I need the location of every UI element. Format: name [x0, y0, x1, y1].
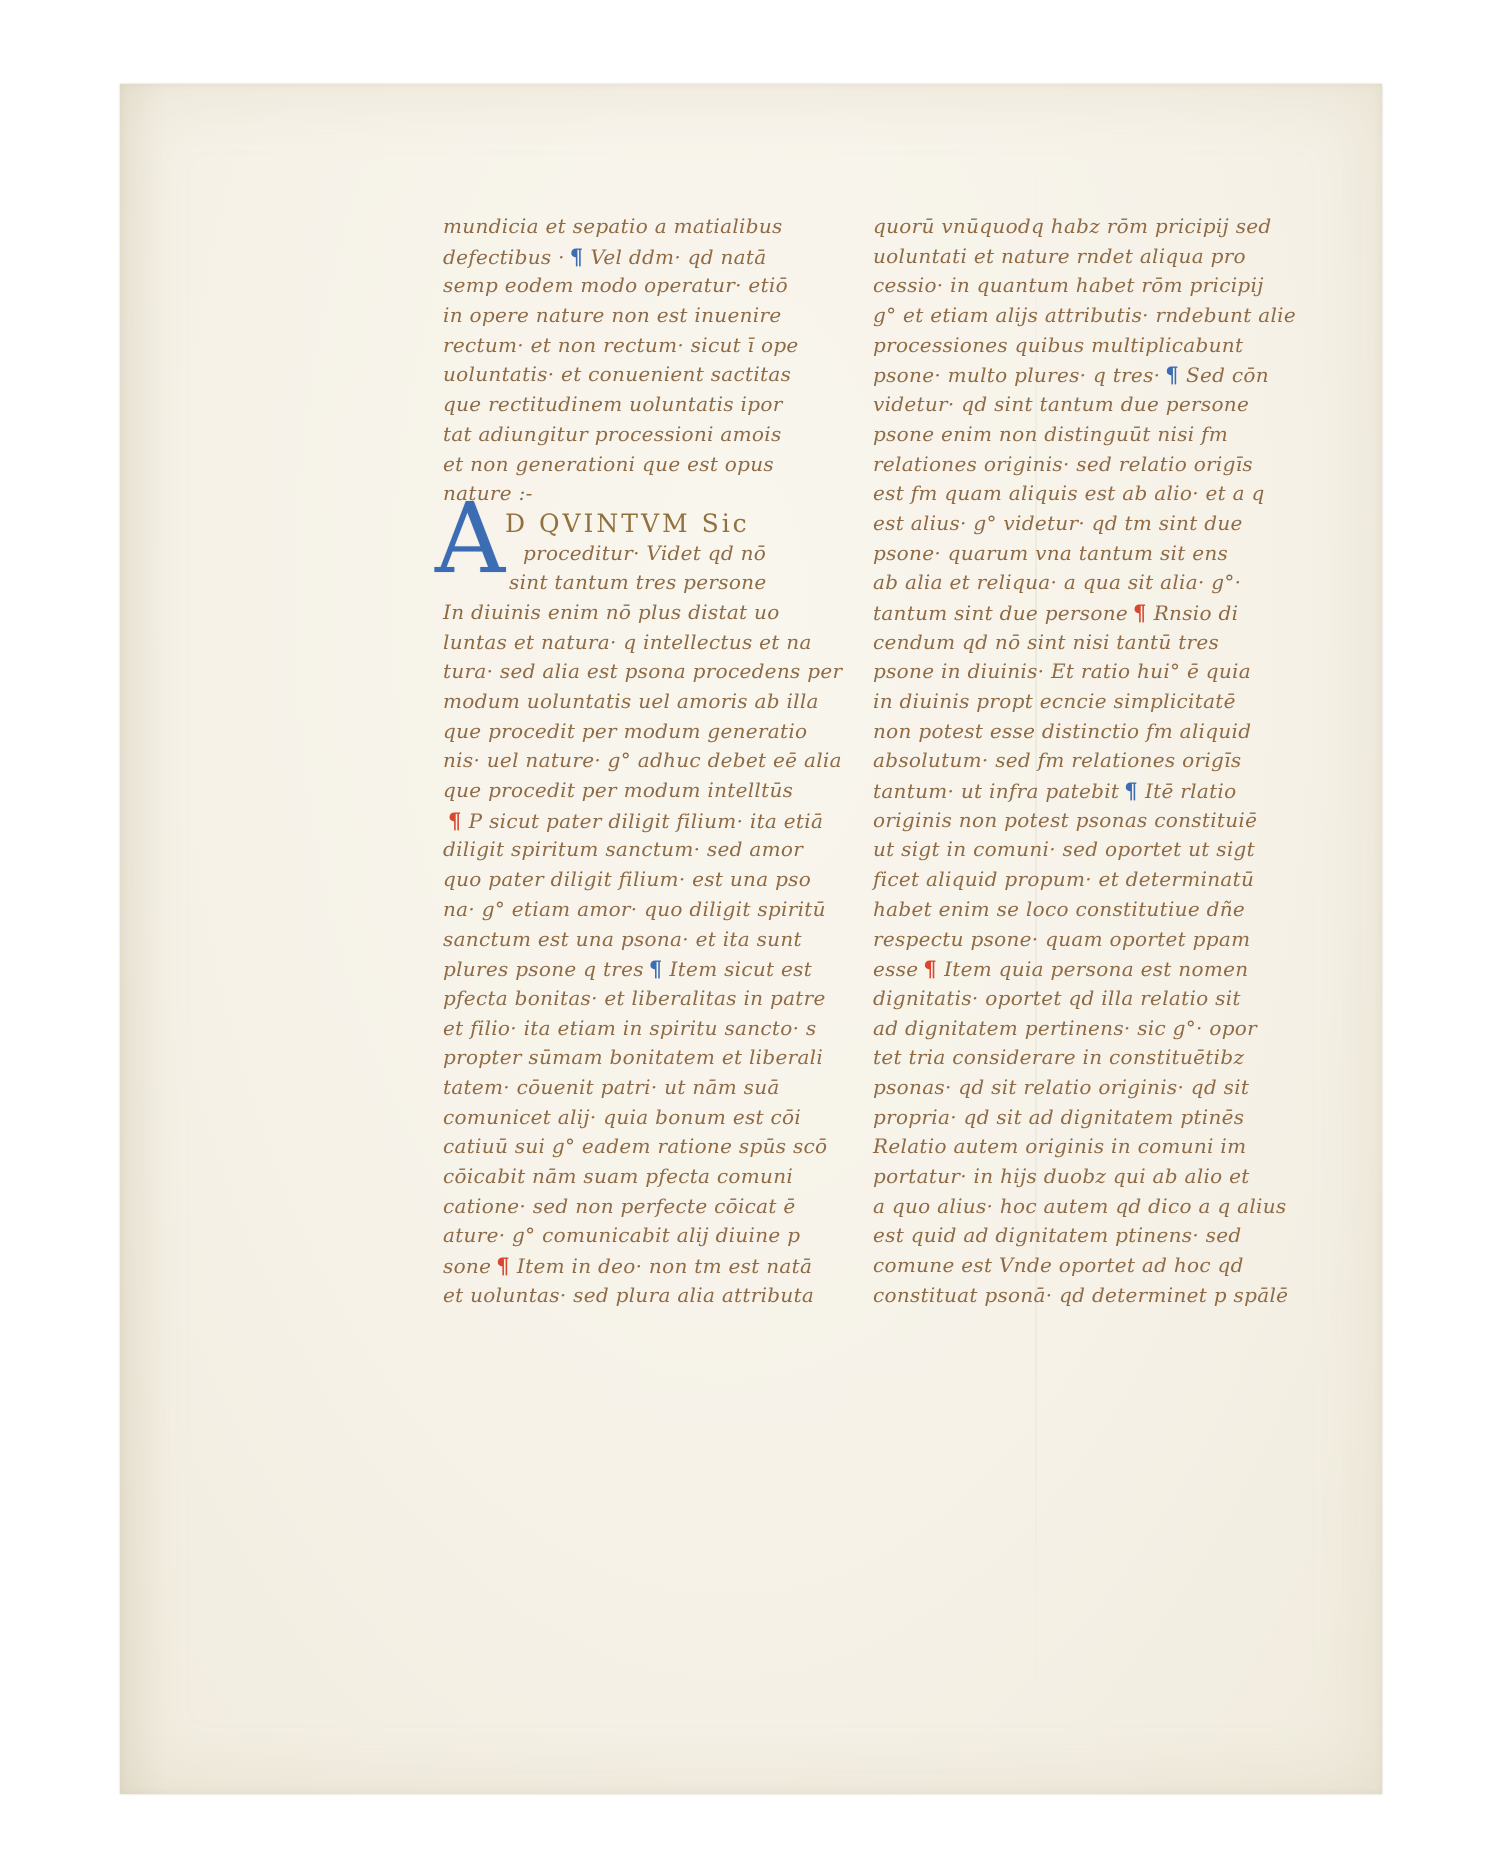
- manuscript-line: sone¶Item in deo· non tm est natā: [443, 1251, 843, 1281]
- page-edge-shading: [120, 84, 166, 1794]
- line-text: videtur· qd sint tantum due persone: [873, 392, 1249, 416]
- line-text: plures psone q tres: [443, 957, 644, 981]
- manuscript-line: dignitatis· oportet qd illa relatio sit: [873, 984, 1281, 1014]
- line-text: propter sūmam bonitatem et liberali: [443, 1045, 823, 1069]
- line-text: quorū vnūquodq habz rōm pricipij sed: [873, 214, 1272, 238]
- manuscript-line: est fm quam aliquis est ab alio· et a q: [873, 479, 1281, 509]
- manuscript-line: que rectitudinem uoluntatis ipor: [443, 390, 843, 420]
- line-text: ab alia et reliqua· a qua sit alia· g°·: [873, 570, 1241, 594]
- manuscript-line: nis· uel nature· g° adhuc debet eē alia: [443, 746, 843, 776]
- line-text: psonas· qd sit relatio originis· qd sit: [873, 1075, 1249, 1099]
- line-text: tantum· ut infra patebit: [873, 779, 1119, 803]
- line-text: P sicut pater diligit filium· ita etiā: [469, 809, 824, 833]
- manuscript-line: plures psone q tres¶Item sicut est: [443, 954, 843, 984]
- manuscript-line: In diuinis enim nō plus distat uo: [443, 598, 843, 628]
- manuscript-line: tantum sint due persone¶Rnsio di: [873, 598, 1281, 628]
- manuscript-line: psone· quarum vna tantum sit ens: [873, 539, 1281, 569]
- line-text: catiuū sui g° eadem ratione spūs scō: [443, 1134, 827, 1158]
- line-text: ad dignitatem pertinens· sic g°· opor: [873, 1016, 1257, 1040]
- line-text: diligit spiritum sanctum· sed amor: [443, 837, 803, 861]
- line-text: Itē rlatio: [1145, 779, 1237, 803]
- manuscript-line: originis non potest psonas constituiē: [873, 806, 1281, 836]
- manuscript-line: absolutum· sed fm relationes origīs: [873, 746, 1281, 776]
- manuscript-line: respectu psone· quam oportet ppam: [873, 925, 1281, 955]
- manuscript-line: ¶P sicut pater diligit filium· ita etiā: [443, 806, 843, 836]
- manuscript-line: modum uoluntatis uel amoris ab illa: [443, 687, 843, 717]
- manuscript-line: que procedit per modum generatio: [443, 717, 843, 747]
- line-text: cōicabit nām suam pfecta comuni: [443, 1164, 793, 1188]
- line-text: tura· sed alia est psona procedens per: [443, 659, 842, 683]
- manuscript-line: pfecta bonitas· et liberalitas in patre: [443, 984, 843, 1014]
- line-text: semp eodem modo operatur· etiō: [443, 273, 788, 297]
- manuscript-line: uoluntati et nature rndet aliqua pro: [873, 242, 1281, 272]
- pilcrow-blue-icon: ¶: [565, 244, 591, 269]
- line-text: In diuinis enim nō plus distat uo: [443, 600, 780, 624]
- manuscript-line: propter sūmam bonitatem et liberali: [443, 1043, 843, 1073]
- line-text: ficet aliquid propum· et determinatū: [873, 867, 1254, 891]
- manuscript-line: quo pater diligit filium· est una pso: [443, 865, 843, 895]
- manuscript-line: et filio· ita etiam in spiritu sancto· s: [443, 1014, 843, 1044]
- manuscript-line: videtur· qd sint tantum due persone: [873, 390, 1281, 420]
- line-text: in opere nature non est inuenire: [443, 303, 781, 327]
- line-text: na· g° etiam amor· quo diligit spiritū: [443, 897, 826, 921]
- manuscript-line: psone· multo plures· q tres·¶Sed cōn: [873, 360, 1281, 390]
- line-text: in diuinis propt ecncie simplicitatē: [873, 689, 1236, 713]
- text-column-left: A mundicia et sepatio a matialibusdefect…: [443, 212, 843, 1314]
- line-text: ature· g° comunicabit alij diuine p: [443, 1223, 800, 1247]
- manuscript-line: cendum qd nō sint nisi tantū tres: [873, 628, 1281, 658]
- line-text: et uoluntas· sed plura alia attributa: [443, 1283, 814, 1307]
- line-text: relationes originis· sed relatio origīs: [873, 452, 1253, 476]
- line-text: que procedit per modum intelltūs: [443, 778, 793, 802]
- manuscript-line: psonas· qd sit relatio originis· qd sit: [873, 1073, 1281, 1103]
- manuscript-line: in diuinis propt ecncie simplicitatē: [873, 687, 1281, 717]
- line-text: Rnsio di: [1154, 601, 1239, 625]
- manuscript-line: ad dignitatem pertinens· sic g°· opor: [873, 1014, 1281, 1044]
- pilcrow-red-icon: ¶: [491, 1253, 517, 1278]
- manuscript-line: a quo alius· hoc autem qd dico a q alius: [873, 1192, 1281, 1222]
- manuscript-line: g° et etiam alijs attributis· rndebunt a…: [873, 301, 1281, 331]
- manuscript-line: tet tria considerare in constituētibz: [873, 1043, 1281, 1073]
- line-text: uoluntatis· et conuenient sactitas: [443, 362, 791, 386]
- manuscript-line: et uoluntas· sed plura alia attributa: [443, 1281, 843, 1311]
- manuscript-line: relationes originis· sed relatio origīs: [873, 450, 1281, 480]
- manuscript-line: psone in diuinis· Et ratio hui° ē quia: [873, 657, 1281, 687]
- line-text: psone· quarum vna tantum sit ens: [873, 541, 1228, 565]
- line-text: est alius· g° videtur· qd tm sint due: [873, 511, 1243, 535]
- manuscript-line: constituat psonā· qd determinet p spālē: [873, 1281, 1281, 1311]
- line-text: Item quia persona est nomen: [944, 957, 1248, 981]
- manuscript-page: A mundicia et sepatio a matialibusdefect…: [120, 84, 1382, 1794]
- manuscript-line: et non generationi que est opus: [443, 450, 843, 480]
- line-text: tat adiungitur processioni amois: [443, 422, 782, 446]
- line-text: comunicet alij· quia bonum est cōi: [443, 1105, 801, 1129]
- line-text: non potest esse distinctio fm aliquid: [873, 719, 1251, 743]
- line-text: Vel ddm· qd natā: [590, 245, 766, 269]
- line-text: processiones quibus multiplicabunt: [873, 333, 1243, 357]
- line-text: esse: [873, 957, 918, 981]
- manuscript-line: catione· sed non perfecte cōicat ē: [443, 1192, 843, 1222]
- manuscript-line: ut sigt in comuni· sed oportet ut sigt: [873, 835, 1281, 865]
- line-text: pfecta bonitas· et liberalitas in patre: [443, 986, 826, 1010]
- manuscript-line: defectibus ·¶Vel ddm· qd natā: [443, 242, 843, 272]
- manuscript-line: luntas et natura· q intellectus et na: [443, 628, 843, 658]
- manuscript-line: comunicet alij· quia bonum est cōi: [443, 1103, 843, 1133]
- line-text: quo pater diligit filium· est una pso: [443, 867, 811, 891]
- line-text: psone in diuinis· Et ratio hui° ē quia: [873, 659, 1251, 683]
- line-text: propria· qd sit ad dignitatem ptinēs: [873, 1105, 1244, 1129]
- manuscript-line: psone enim non distinguūt nisi fm: [873, 420, 1281, 450]
- line-text: que rectitudinem uoluntatis ipor: [443, 392, 783, 416]
- manuscript-line: comune est Vnde oportet ad hoc qd: [873, 1251, 1281, 1281]
- manuscript-line: que procedit per modum intelltūs: [443, 776, 843, 806]
- line-text: est quid ad dignitatem ptinens· sed: [873, 1223, 1241, 1247]
- manuscript-line: sanctum est una psona· et ita sunt: [443, 925, 843, 955]
- manuscript-line: propria· qd sit ad dignitatem ptinēs: [873, 1103, 1281, 1133]
- drop-cap-initial-A: A: [435, 496, 505, 582]
- line-text: modum uoluntatis uel amoris ab illa: [443, 689, 819, 713]
- line-text: Item sicut est: [670, 957, 813, 981]
- manuscript-line: Relatio autem originis in comuni im: [873, 1132, 1281, 1162]
- manuscript-line: mundicia et sepatio a matialibus: [443, 212, 843, 242]
- manuscript-line: ature· g° comunicabit alij diuine p: [443, 1221, 843, 1251]
- pilcrow-red-icon: ¶: [1128, 600, 1154, 625]
- manuscript-line: tantum· ut infra patebit¶Itē rlatio: [873, 776, 1281, 806]
- line-text: que procedit per modum generatio: [443, 719, 807, 743]
- line-text: psone· multo plures· q tres·: [873, 363, 1160, 387]
- text-block: A mundicia et sepatio a matialibusdefect…: [443, 212, 1283, 1322]
- line-text: cessio· in quantum habet rōm pricipij: [873, 273, 1264, 297]
- line-text: nis· uel nature· g° adhuc debet eē alia: [443, 748, 842, 772]
- line-text: psone enim non distinguūt nisi fm: [873, 422, 1228, 446]
- manuscript-line: tat adiungitur processioni amois: [443, 420, 843, 450]
- manuscript-line: ficet aliquid propum· et determinatū: [873, 865, 1281, 895]
- line-text: respectu psone· quam oportet ppam: [873, 927, 1250, 951]
- line-text: absolutum· sed fm relationes origīs: [873, 748, 1241, 772]
- line-text: comune est Vnde oportet ad hoc qd: [873, 1253, 1244, 1277]
- line-text: tantum sint due persone: [873, 601, 1128, 625]
- line-text: uoluntati et nature rndet aliqua pro: [873, 244, 1246, 268]
- line-text: catione· sed non perfecte cōicat ē: [443, 1194, 796, 1218]
- line-text: cendum qd nō sint nisi tantū tres: [873, 630, 1219, 654]
- line-text: et non generationi que est opus: [443, 452, 774, 476]
- line-text: proceditur· Videt qd nō: [523, 541, 766, 565]
- manuscript-line: quorū vnūquodq habz rōm pricipij sed: [873, 212, 1281, 242]
- manuscript-line: semp eodem modo operatur· etiō: [443, 271, 843, 301]
- line-text: constituat psonā· qd determinet p spālē: [873, 1283, 1288, 1307]
- manuscript-line: esse¶Item quia persona est nomen: [873, 954, 1281, 984]
- pilcrow-red-icon: ¶: [918, 956, 944, 981]
- line-text: tet tria considerare in constituētibz: [873, 1045, 1244, 1069]
- line-text: a quo alius· hoc autem qd dico a q alius: [873, 1194, 1286, 1218]
- manuscript-line: rectum· et non rectum· sicut ī ope: [443, 331, 843, 361]
- pilcrow-blue-icon: ¶: [1160, 362, 1186, 387]
- line-text: portatur· in hijs duobz qui ab alio et: [873, 1164, 1250, 1188]
- line-text: est fm quam aliquis est ab alio· et a q: [873, 481, 1265, 505]
- line-text: Sed cōn: [1186, 363, 1269, 387]
- line-text: sint tantum tres persone: [509, 570, 767, 594]
- line-text: D QVINTVM Sic: [505, 509, 750, 538]
- line-text: originis non potest psonas constituiē: [873, 808, 1257, 832]
- line-text: Relatio autem originis in comuni im: [873, 1134, 1246, 1158]
- manuscript-line: habet enim se loco constitutiue dñe: [873, 895, 1281, 925]
- line-text: sone: [443, 1254, 491, 1278]
- line-text: et filio· ita etiam in spiritu sancto· s: [443, 1016, 816, 1040]
- line-text: mundicia et sepatio a matialibus: [443, 214, 783, 238]
- line-text: g° et etiam alijs attributis· rndebunt a…: [873, 303, 1296, 327]
- manuscript-line: ab alia et reliqua· a qua sit alia· g°·: [873, 568, 1281, 598]
- manuscript-line: est alius· g° videtur· qd tm sint due: [873, 509, 1281, 539]
- line-text: tatem· cōuenit patri· ut nām suā: [443, 1075, 780, 1099]
- manuscript-line: in opere nature non est inuenire: [443, 301, 843, 331]
- pilcrow-blue-icon: ¶: [644, 956, 670, 981]
- pilcrow-red-icon: ¶: [443, 808, 469, 833]
- manuscript-line: est quid ad dignitatem ptinens· sed: [873, 1221, 1281, 1251]
- manuscript-line: na· g° etiam amor· quo diligit spiritū: [443, 895, 843, 925]
- line-text: luntas et natura· q intellectus et na: [443, 630, 812, 654]
- manuscript-line: diligit spiritum sanctum· sed amor: [443, 835, 843, 865]
- manuscript-line: uoluntatis· et conuenient sactitas: [443, 360, 843, 390]
- line-text: sanctum est una psona· et ita sunt: [443, 927, 802, 951]
- line-text: habet enim se loco constitutiue dñe: [873, 897, 1245, 921]
- manuscript-line: portatur· in hijs duobz qui ab alio et: [873, 1162, 1281, 1192]
- manuscript-line: non potest esse distinctio fm aliquid: [873, 717, 1281, 747]
- manuscript-line: cessio· in quantum habet rōm pricipij: [873, 271, 1281, 301]
- pilcrow-blue-icon: ¶: [1119, 778, 1145, 803]
- manuscript-line: tura· sed alia est psona procedens per: [443, 657, 843, 687]
- line-text: dignitatis· oportet qd illa relatio sit: [873, 986, 1241, 1010]
- line-text: defectibus ·: [443, 245, 565, 269]
- line-text: Item in deo· non tm est natā: [517, 1254, 812, 1278]
- line-text: ut sigt in comuni· sed oportet ut sigt: [873, 837, 1255, 861]
- manuscript-line: tatem· cōuenit patri· ut nām suā: [443, 1073, 843, 1103]
- manuscript-line: processiones quibus multiplicabunt: [873, 331, 1281, 361]
- line-text: rectum· et non rectum· sicut ī ope: [443, 333, 799, 357]
- text-column-right: quorū vnūquodq habz rōm pricipij seduolu…: [873, 212, 1281, 1314]
- manuscript-line: catiuū sui g° eadem ratione spūs scō: [443, 1132, 843, 1162]
- manuscript-line: cōicabit nām suam pfecta comuni: [443, 1162, 843, 1192]
